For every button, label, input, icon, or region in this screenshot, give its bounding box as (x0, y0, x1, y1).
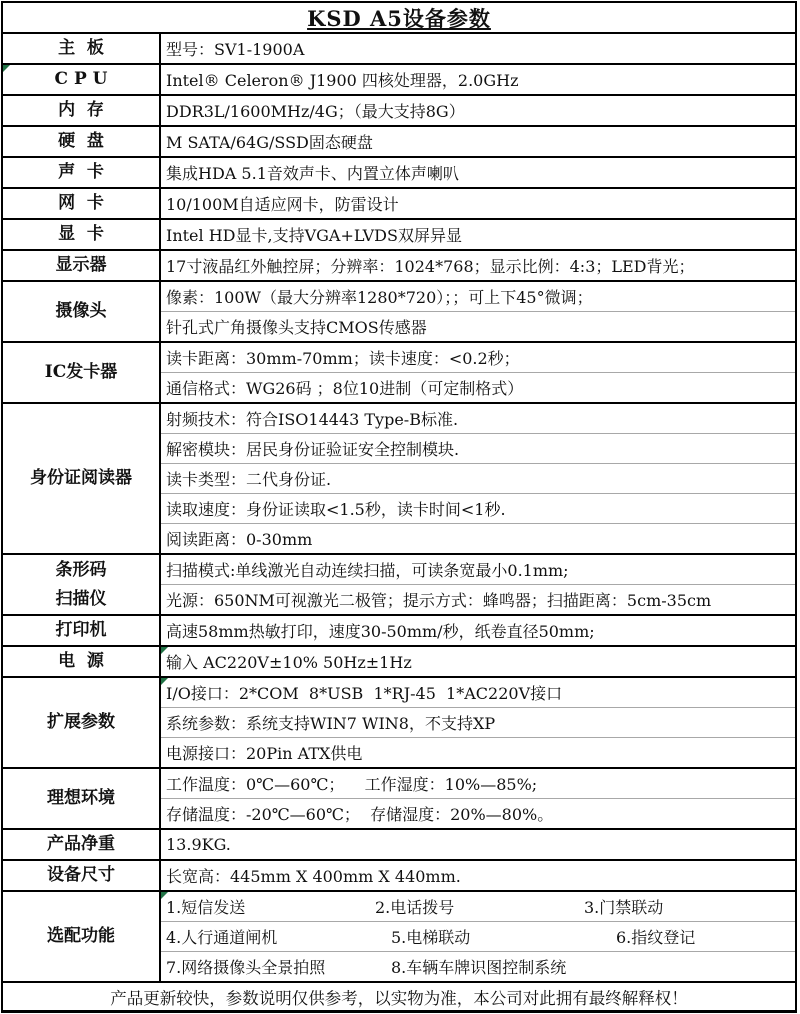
spec-content: 扫描模式:单线激光自动连续扫描，可读条宽最小0.1mm;光源：650NM可视激光… (161, 555, 795, 614)
spec-line: 13.9KG. (161, 830, 795, 859)
spec-line: 读卡距离：30mm-70mm；读卡速度：<0.2秒； (161, 343, 795, 372)
spec-line: 针孔式广角摄像头支持CMOS传感器 (161, 311, 795, 341)
spec-line: Intel® Celeron® J1900 四核处理器，2.0GHz (161, 65, 795, 94)
spec-content: Intel® Celeron® J1900 四核处理器，2.0GHz (161, 65, 795, 94)
spec-content: 像素：100W（最大分辨率1280*720）；；可上下45°微调；针孔式广角摄像… (161, 282, 795, 341)
spec-label: 摄像头 (3, 282, 161, 341)
spec-line: 存储温度：-20℃—60℃； 存储湿度：20%—80%。 (161, 798, 795, 828)
spec-label: 主 板 (3, 34, 161, 63)
spec-content: 长宽高：445mm X 400mm X 440mm. (161, 861, 795, 890)
spec-label: 声 卡 (3, 158, 161, 187)
spec-row: IC发卡器读卡距离：30mm-70mm；读卡速度：<0.2秒；通信格式：WG26… (3, 341, 795, 402)
spec-label: 理想环境 (3, 769, 161, 828)
spec-content: Intel HD显卡,支持VGA+LVDS双屏异显 (161, 220, 795, 249)
spec-row: 打印机高速58mm热敏打印，速度30-50mm/秒，纸卷直径50mm; (3, 614, 795, 645)
spec-content: 1.短信发送2.电话拨号3.门禁联动4.人行通道闸机5.电梯联动6.指纹登记7.… (161, 892, 795, 981)
excel-marker-icon (161, 678, 168, 685)
spec-label: 条形码 扫描仪 (3, 555, 161, 614)
spec-line: 解密模块：居民身份证验证安全控制模块. (161, 433, 795, 463)
spec-line: 输入 AC220V±10% 50Hz±1Hz (161, 647, 795, 676)
option-item: 2.电话拨号 (375, 895, 584, 918)
spec-line: DDR3L/1600MHz/4G；（最大支持8G） (161, 96, 795, 125)
option-item: 8.车辆车牌识图控制系统 (391, 955, 566, 978)
spec-label: 显示器 (3, 251, 161, 280)
spec-row: 摄像头像素：100W（最大分辨率1280*720）；；可上下45°微调；针孔式广… (3, 280, 795, 341)
spec-content: 10/100M自适应网卡，防雷设计 (161, 189, 795, 218)
option-item: 3.门禁联动 (584, 895, 793, 918)
spec-label: 显 卡 (3, 220, 161, 249)
spec-row: 产品净重13.9KG. (3, 828, 795, 859)
spec-label: IC发卡器 (3, 343, 161, 402)
spec-content: 射频技术：符合ISO14443 Type-B标准.解密模块：居民身份证验证安全控… (161, 404, 795, 553)
spec-line: 高速58mm热敏打印，速度30-50mm/秒，纸卷直径50mm; (161, 616, 795, 645)
page-title: KSD A5设备参数 (3, 3, 795, 32)
spec-line: Intel HD显卡,支持VGA+LVDS双屏异显 (161, 220, 795, 249)
spec-row: 硬 盘M SATA/64G/SSD固态硬盘 (3, 125, 795, 156)
spec-label: 设备尺寸 (3, 861, 161, 890)
spec-label: 硬 盘 (3, 127, 161, 156)
spec-content: 集成HDA 5.1音效声卡、内置立体声喇叭 (161, 158, 795, 187)
spec-row: 选配功能1.短信发送2.电话拨号3.门禁联动4.人行通道闸机5.电梯联动6.指纹… (3, 890, 795, 981)
spec-line: 17寸液晶红外触控屏；分辨率：1024*768；显示比例：4:3；LED背光； (161, 251, 795, 280)
spec-row: 声 卡集成HDA 5.1音效声卡、内置立体声喇叭 (3, 156, 795, 187)
spec-line: 长宽高：445mm X 400mm X 440mm. (161, 861, 795, 890)
spec-row: 理想环境工作温度：0℃—60℃； 工作湿度：10%—85%;存储温度：-20℃—… (3, 767, 795, 828)
spec-label: 身份证阅读器 (3, 404, 161, 553)
excel-marker-icon (161, 892, 168, 899)
spec-label: 电 源 (3, 647, 161, 676)
spec-content: 读卡距离：30mm-70mm；读卡速度：<0.2秒；通信格式：WG26码 ；8位… (161, 343, 795, 402)
spec-line: 光源：650NM可视激光二极管；提示方式：蜂鸣器；扫描距离：5cm-35cm (161, 584, 795, 614)
spec-content: M SATA/64G/SSD固态硬盘 (161, 127, 795, 156)
spec-row: 扩展参数I/O接口：2*COM 8*USB 1*RJ-45 1*AC220V接口… (3, 676, 795, 767)
spec-line: 集成HDA 5.1音效声卡、内置立体声喇叭 (161, 158, 795, 187)
spec-row: 网 卡10/100M自适应网卡，防雷设计 (3, 187, 795, 218)
spec-line: I/O接口：2*COM 8*USB 1*RJ-45 1*AC220V接口 (161, 678, 795, 707)
option-item: 5.电梯联动 (391, 925, 616, 948)
spec-row: 条形码 扫描仪扫描模式:单线激光自动连续扫描，可读条宽最小0.1mm;光源：65… (3, 553, 795, 614)
spec-content: 17寸液晶红外触控屏；分辨率：1024*768；显示比例：4:3；LED背光； (161, 251, 795, 280)
spec-row: 显示器17寸液晶红外触控屏；分辨率：1024*768；显示比例：4:3；LED背… (3, 249, 795, 280)
spec-line: 电源接口：20Pin ATX供电 (161, 737, 795, 767)
spec-row: 设备尺寸长宽高：445mm X 400mm X 440mm. (3, 859, 795, 890)
excel-marker-icon (161, 647, 168, 654)
spec-line: M SATA/64G/SSD固态硬盘 (161, 127, 795, 156)
spec-table: KSD A5设备参数 主 板型号：SV1-1900AC P UIntel® Ce… (1, 1, 797, 1013)
spec-content: 工作温度：0℃—60℃； 工作湿度：10%—85%;存储温度：-20℃—60℃；… (161, 769, 795, 828)
spec-line: 射频技术：符合ISO14443 Type-B标准. (161, 404, 795, 433)
spec-line: 像素：100W（最大分辨率1280*720）；；可上下45°微调； (161, 282, 795, 311)
spec-content: I/O接口：2*COM 8*USB 1*RJ-45 1*AC220V接口系统参数… (161, 678, 795, 767)
option-item: 4.人行通道闸机 (166, 925, 391, 948)
spec-line: 型号：SV1-1900A (161, 34, 795, 63)
excel-marker-icon (3, 65, 10, 72)
option-item: 6.指纹登记 (616, 925, 695, 948)
spec-row: 电 源输入 AC220V±10% 50Hz±1Hz (3, 645, 795, 676)
spec-label: C P U (3, 65, 161, 94)
spec-label: 产品净重 (3, 830, 161, 859)
spec-line: 读取速度：身份证读取<1.5秒，读卡时间<1秒. (161, 493, 795, 523)
spec-row: 主 板型号：SV1-1900A (3, 32, 795, 63)
spec-line: 10/100M自适应网卡，防雷设计 (161, 189, 795, 218)
spec-label: 选配功能 (3, 892, 161, 981)
spec-row: 身份证阅读器射频技术：符合ISO14443 Type-B标准.解密模块：居民身份… (3, 402, 795, 553)
option-item: 1.短信发送 (166, 895, 375, 918)
spec-line: 工作温度：0℃—60℃； 工作湿度：10%—85%; (161, 769, 795, 798)
spec-row: C P UIntel® Celeron® J1900 四核处理器，2.0GHz (3, 63, 795, 94)
footer-note: 产品更新较快，参数说明仅供参考，以实物为准，本公司对此拥有最终解释权！ (3, 981, 795, 1010)
spec-line: 通信格式：WG26码 ；8位10进制（可定制格式） (161, 372, 795, 402)
spec-line: 读卡类型：二代身份证. (161, 463, 795, 493)
spec-content: 13.9KG. (161, 830, 795, 859)
spec-label: 打印机 (3, 616, 161, 645)
spec-content: 输入 AC220V±10% 50Hz±1Hz (161, 647, 795, 676)
spec-label: 扩展参数 (3, 678, 161, 767)
spec-table-body: 主 板型号：SV1-1900AC P UIntel® Celeron® J190… (3, 32, 795, 981)
spec-row: 内 存DDR3L/1600MHz/4G；（最大支持8G） (3, 94, 795, 125)
option-item: 7.网络摄像头全景拍照 (166, 955, 391, 978)
spec-row: 显 卡Intel HD显卡,支持VGA+LVDS双屏异显 (3, 218, 795, 249)
spec-line: 阅读距离：0-30mm (161, 523, 795, 553)
spec-line: 1.短信发送2.电话拨号3.门禁联动 (161, 892, 795, 921)
spec-line: 4.人行通道闸机5.电梯联动6.指纹登记 (161, 921, 795, 951)
spec-line: 系统参数：系统支持WIN7 WIN8，不支持XP (161, 707, 795, 737)
spec-content: DDR3L/1600MHz/4G；（最大支持8G） (161, 96, 795, 125)
spec-line: 7.网络摄像头全景拍照8.车辆车牌识图控制系统 (161, 951, 795, 981)
spec-label: 内 存 (3, 96, 161, 125)
spec-content: 型号：SV1-1900A (161, 34, 795, 63)
spec-label: 网 卡 (3, 189, 161, 218)
spec-content: 高速58mm热敏打印，速度30-50mm/秒，纸卷直径50mm; (161, 616, 795, 645)
spec-line: 扫描模式:单线激光自动连续扫描，可读条宽最小0.1mm; (161, 555, 795, 584)
